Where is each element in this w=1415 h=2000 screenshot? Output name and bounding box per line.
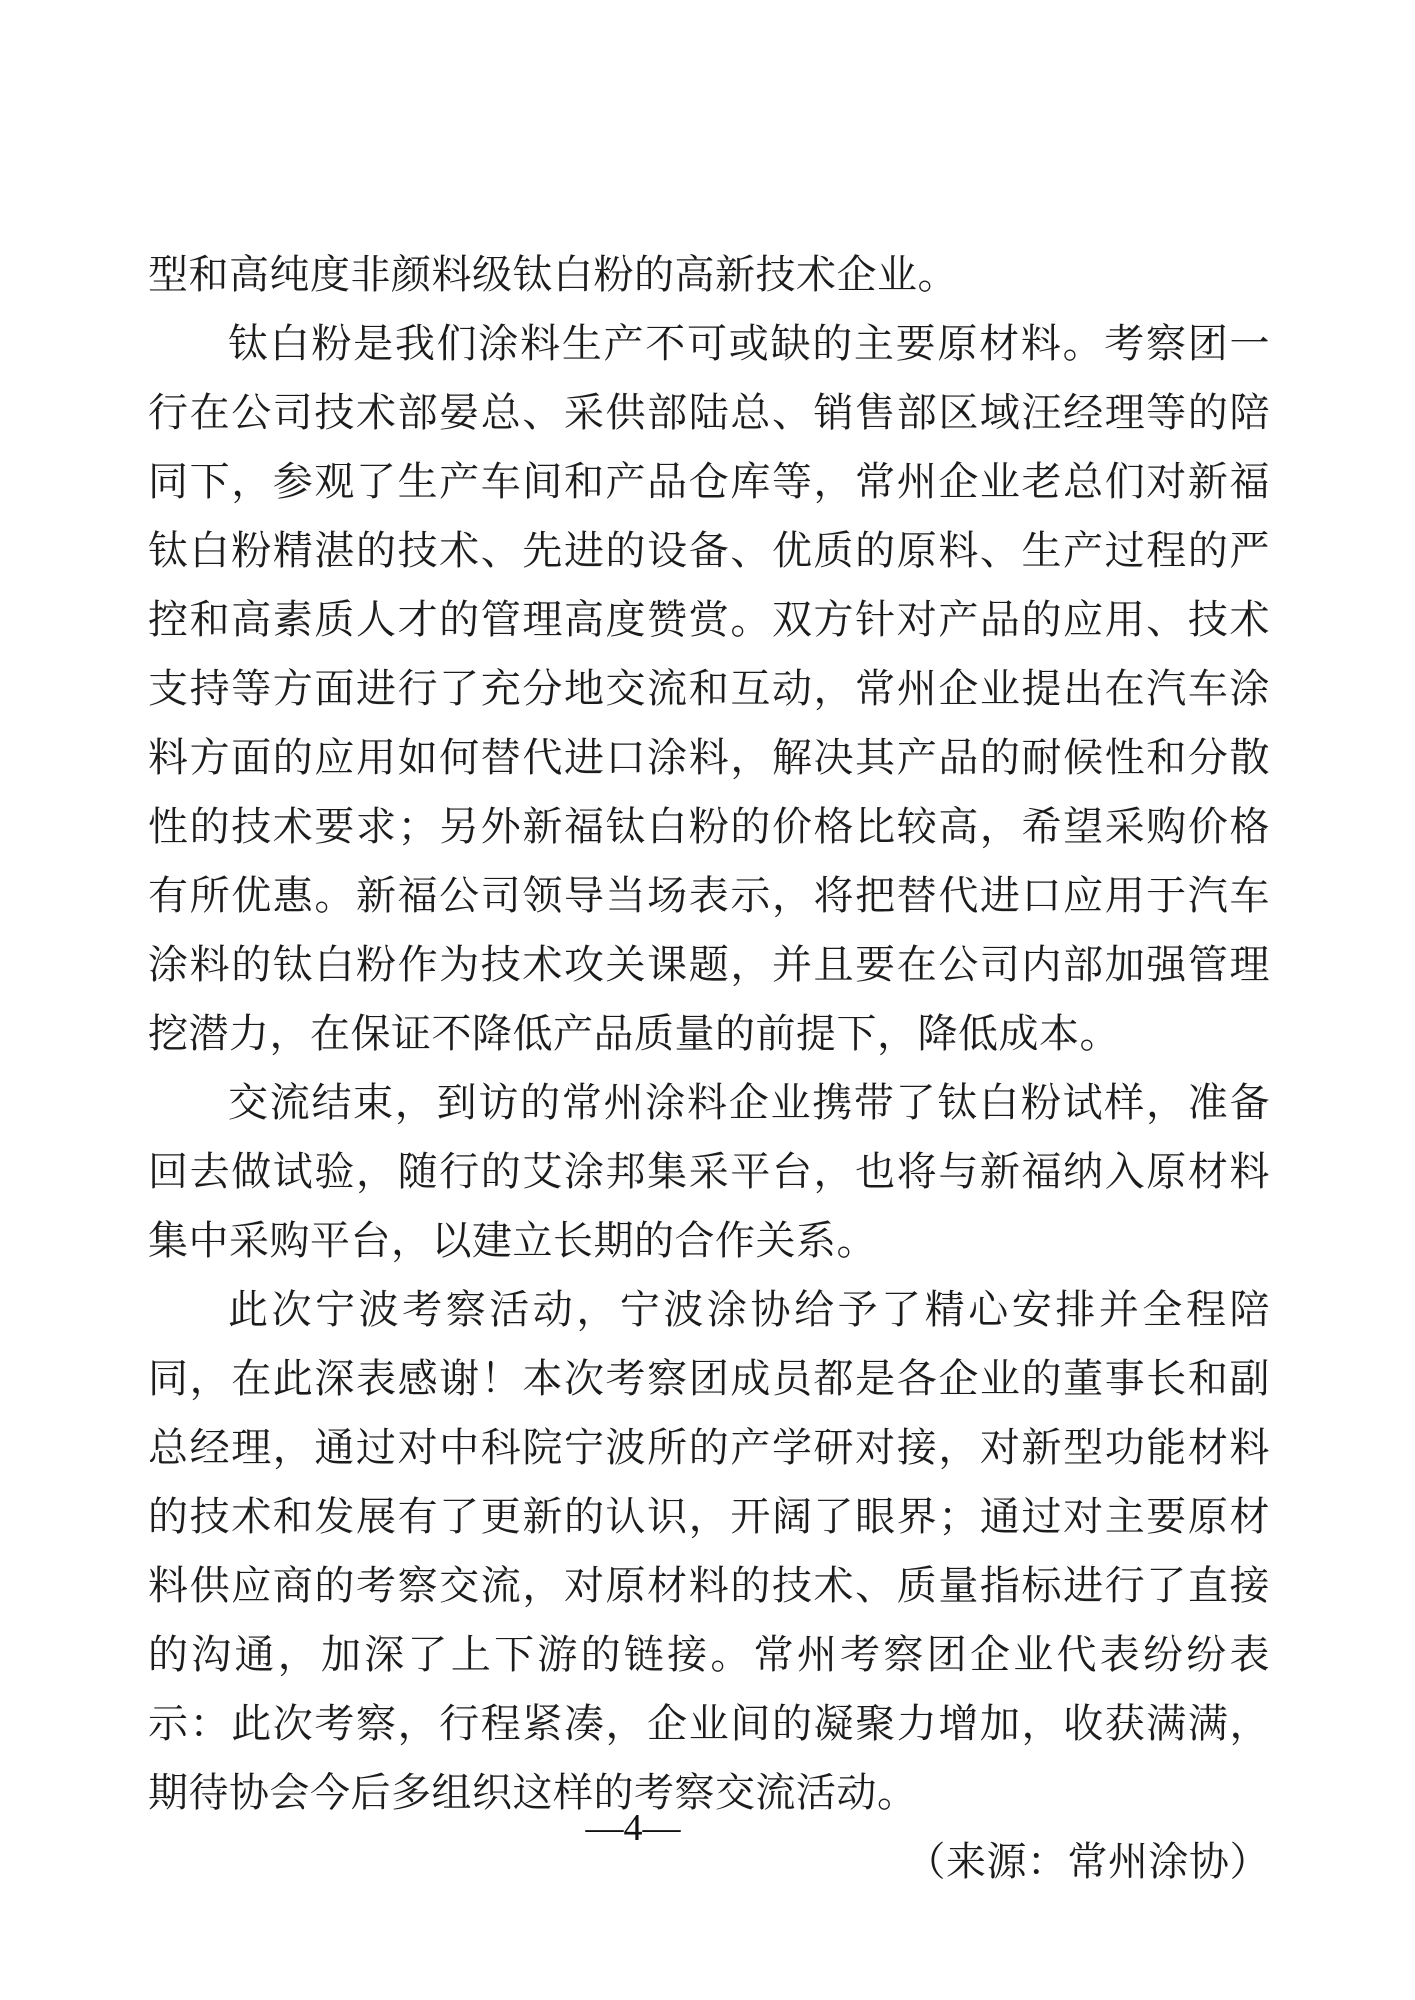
document-body: 型和高纯度非颜料级钛白粉的高新技术企业。 钛白粉是我们涂料生产不可或缺的主要原材… [148,240,1270,1896]
page-number: —4— [586,1806,681,1850]
document-page: 型和高纯度非颜料级钛白粉的高新技术企业。 钛白粉是我们涂料生产不可或缺的主要原材… [0,0,1415,2000]
paragraph-acknowledgement: 此次宁波考察活动，宁波涂协给予了精心安排并全程陪同，在此深表感谢！本次考察团成员… [148,1275,1270,1827]
source-attribution: （来源：常州涂协） [148,1827,1270,1896]
paragraph-exchange-conclusion: 交流结束，到访的常州涂料企业携带了钛白粉试样，准备回去做试验，随行的艾涂邦集采平… [148,1068,1270,1275]
paragraph-visit-details: 钛白粉是我们涂料生产不可或缺的主要原材料。考察团一行在公司技术部晏总、采供部陆总… [148,309,1270,1068]
paragraph-continuation: 型和高纯度非颜料级钛白粉的高新技术企业。 [148,240,1270,309]
